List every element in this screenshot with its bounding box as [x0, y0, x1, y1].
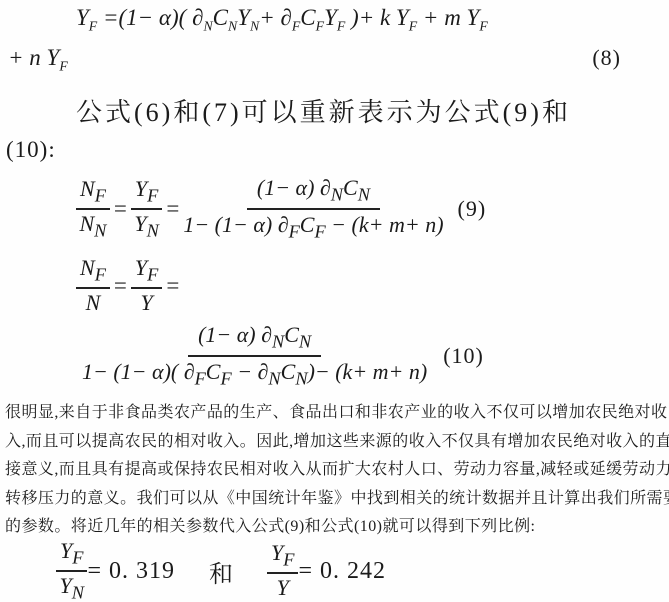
equation-9-number: (9): [458, 196, 487, 222]
fraction-eq9-main: (1− α) ∂NCN 1− (1− α) ∂FCF − (k+ m+ n): [183, 176, 443, 242]
ratio-yf-yn-fraction: YF YN: [56, 539, 87, 602]
body-line: 的参数。将近几年的相关参数代入公式(9)和公式(10)就可以得到下列比例:: [5, 513, 667, 542]
fraction-numerator: (1− α) ∂NCN: [188, 323, 321, 357]
intro-line1: 公式(6)和(7)可以重新表示为公式(9)和: [76, 92, 571, 129]
equation-10-number: (10): [443, 343, 484, 369]
body-line: 接意义,而且具有提高或保持农民相对收入从而扩大农村人口、劳动力容量,减轻或延缓劳…: [5, 456, 667, 485]
fraction-denominator: YN: [134, 210, 158, 241]
ratio-value-1: = 0. 319: [87, 558, 175, 585]
ratio-yf-y-fraction: YF Y: [267, 541, 298, 601]
body-line: 很明显,来自于非食品类农产品的生产、食品出口和非农产业的收入不仅可以增加农民绝对…: [5, 399, 667, 428]
equals-sign: =: [162, 196, 183, 222]
equation-9: NF NN = YF YN = (1− α) ∂NCN 1− (1− α) ∂F…: [76, 170, 486, 248]
fraction-yf-yn: YF YN: [131, 177, 162, 241]
body-line: 入,而且可以提高农民的相对收入。因此,增加这些来源的收入不仅具有增加农民绝对收入…: [5, 428, 667, 457]
fraction-denominator: Y: [277, 574, 289, 601]
result-line: YF YN = 0. 319 和 YF Y = 0. 242: [56, 542, 386, 600]
conjunction-he: 和: [209, 554, 233, 589]
ratio-value-2: = 0. 242: [298, 558, 386, 585]
fraction-numerator: NF: [76, 177, 110, 210]
fraction-numerator: YF: [131, 177, 162, 210]
fraction-nf-n: NF N: [76, 256, 110, 316]
fraction-denominator: 1− (1− α)( ∂FCF − ∂NCN)− (k+ m+ n): [82, 357, 427, 389]
fraction-denominator: Y: [140, 289, 152, 316]
fraction-yf-y: YF Y: [131, 256, 162, 316]
equals-sign: =: [162, 273, 183, 299]
fraction-numerator: (1− α) ∂NCN: [247, 176, 380, 210]
equation-8-number: (8): [592, 45, 621, 71]
equation-10-left-side: NF N = YF Y =: [76, 255, 183, 317]
equation-8-line1: YF =(1− α)( ∂NCNYN+ ∂FCFYF )+ k YF + m Y…: [76, 5, 488, 33]
body-paragraph: 很明显,来自于非食品类农产品的生产、食品出口和非农产业的收入不仅可以增加农民绝对…: [5, 399, 667, 542]
equation-8-line2-row: + n YF (8): [8, 45, 621, 73]
intro-line2: (10):: [6, 137, 56, 163]
fraction-numerator: YF: [131, 256, 162, 289]
fraction-numerator: YF: [267, 541, 298, 574]
paper-page: YF =(1− α)( ∂NCNYN+ ∂FCFYF )+ k YF + m Y…: [0, 0, 669, 602]
fraction-denominator: N: [86, 289, 101, 316]
equation-10-fraction-row: (1− α) ∂NCN 1− (1− α)( ∂FCF − ∂NCN)− (k+…: [0, 318, 669, 394]
equals-sign: =: [110, 196, 131, 222]
fraction-numerator: YF: [56, 539, 87, 572]
fraction-numerator: NF: [76, 256, 110, 289]
fraction-denominator: 1− (1− α) ∂FCF − (k+ m+ n): [183, 210, 443, 242]
fraction-denominator: NN: [79, 210, 106, 241]
fraction-denominator: YN: [59, 572, 83, 602]
fraction-eq10-main: (1− α) ∂NCN 1− (1− α)( ∂FCF − ∂NCN)− (k+…: [82, 323, 427, 389]
equation-8-line2: + n YF: [8, 45, 68, 73]
fraction-nf-nn: NF NN: [76, 177, 110, 241]
equals-sign: =: [110, 273, 131, 299]
body-line: 转移压力的意义。我们可以从《中国统计年鉴》中找到相关的统计数据并且计算出我们所需…: [5, 485, 667, 514]
